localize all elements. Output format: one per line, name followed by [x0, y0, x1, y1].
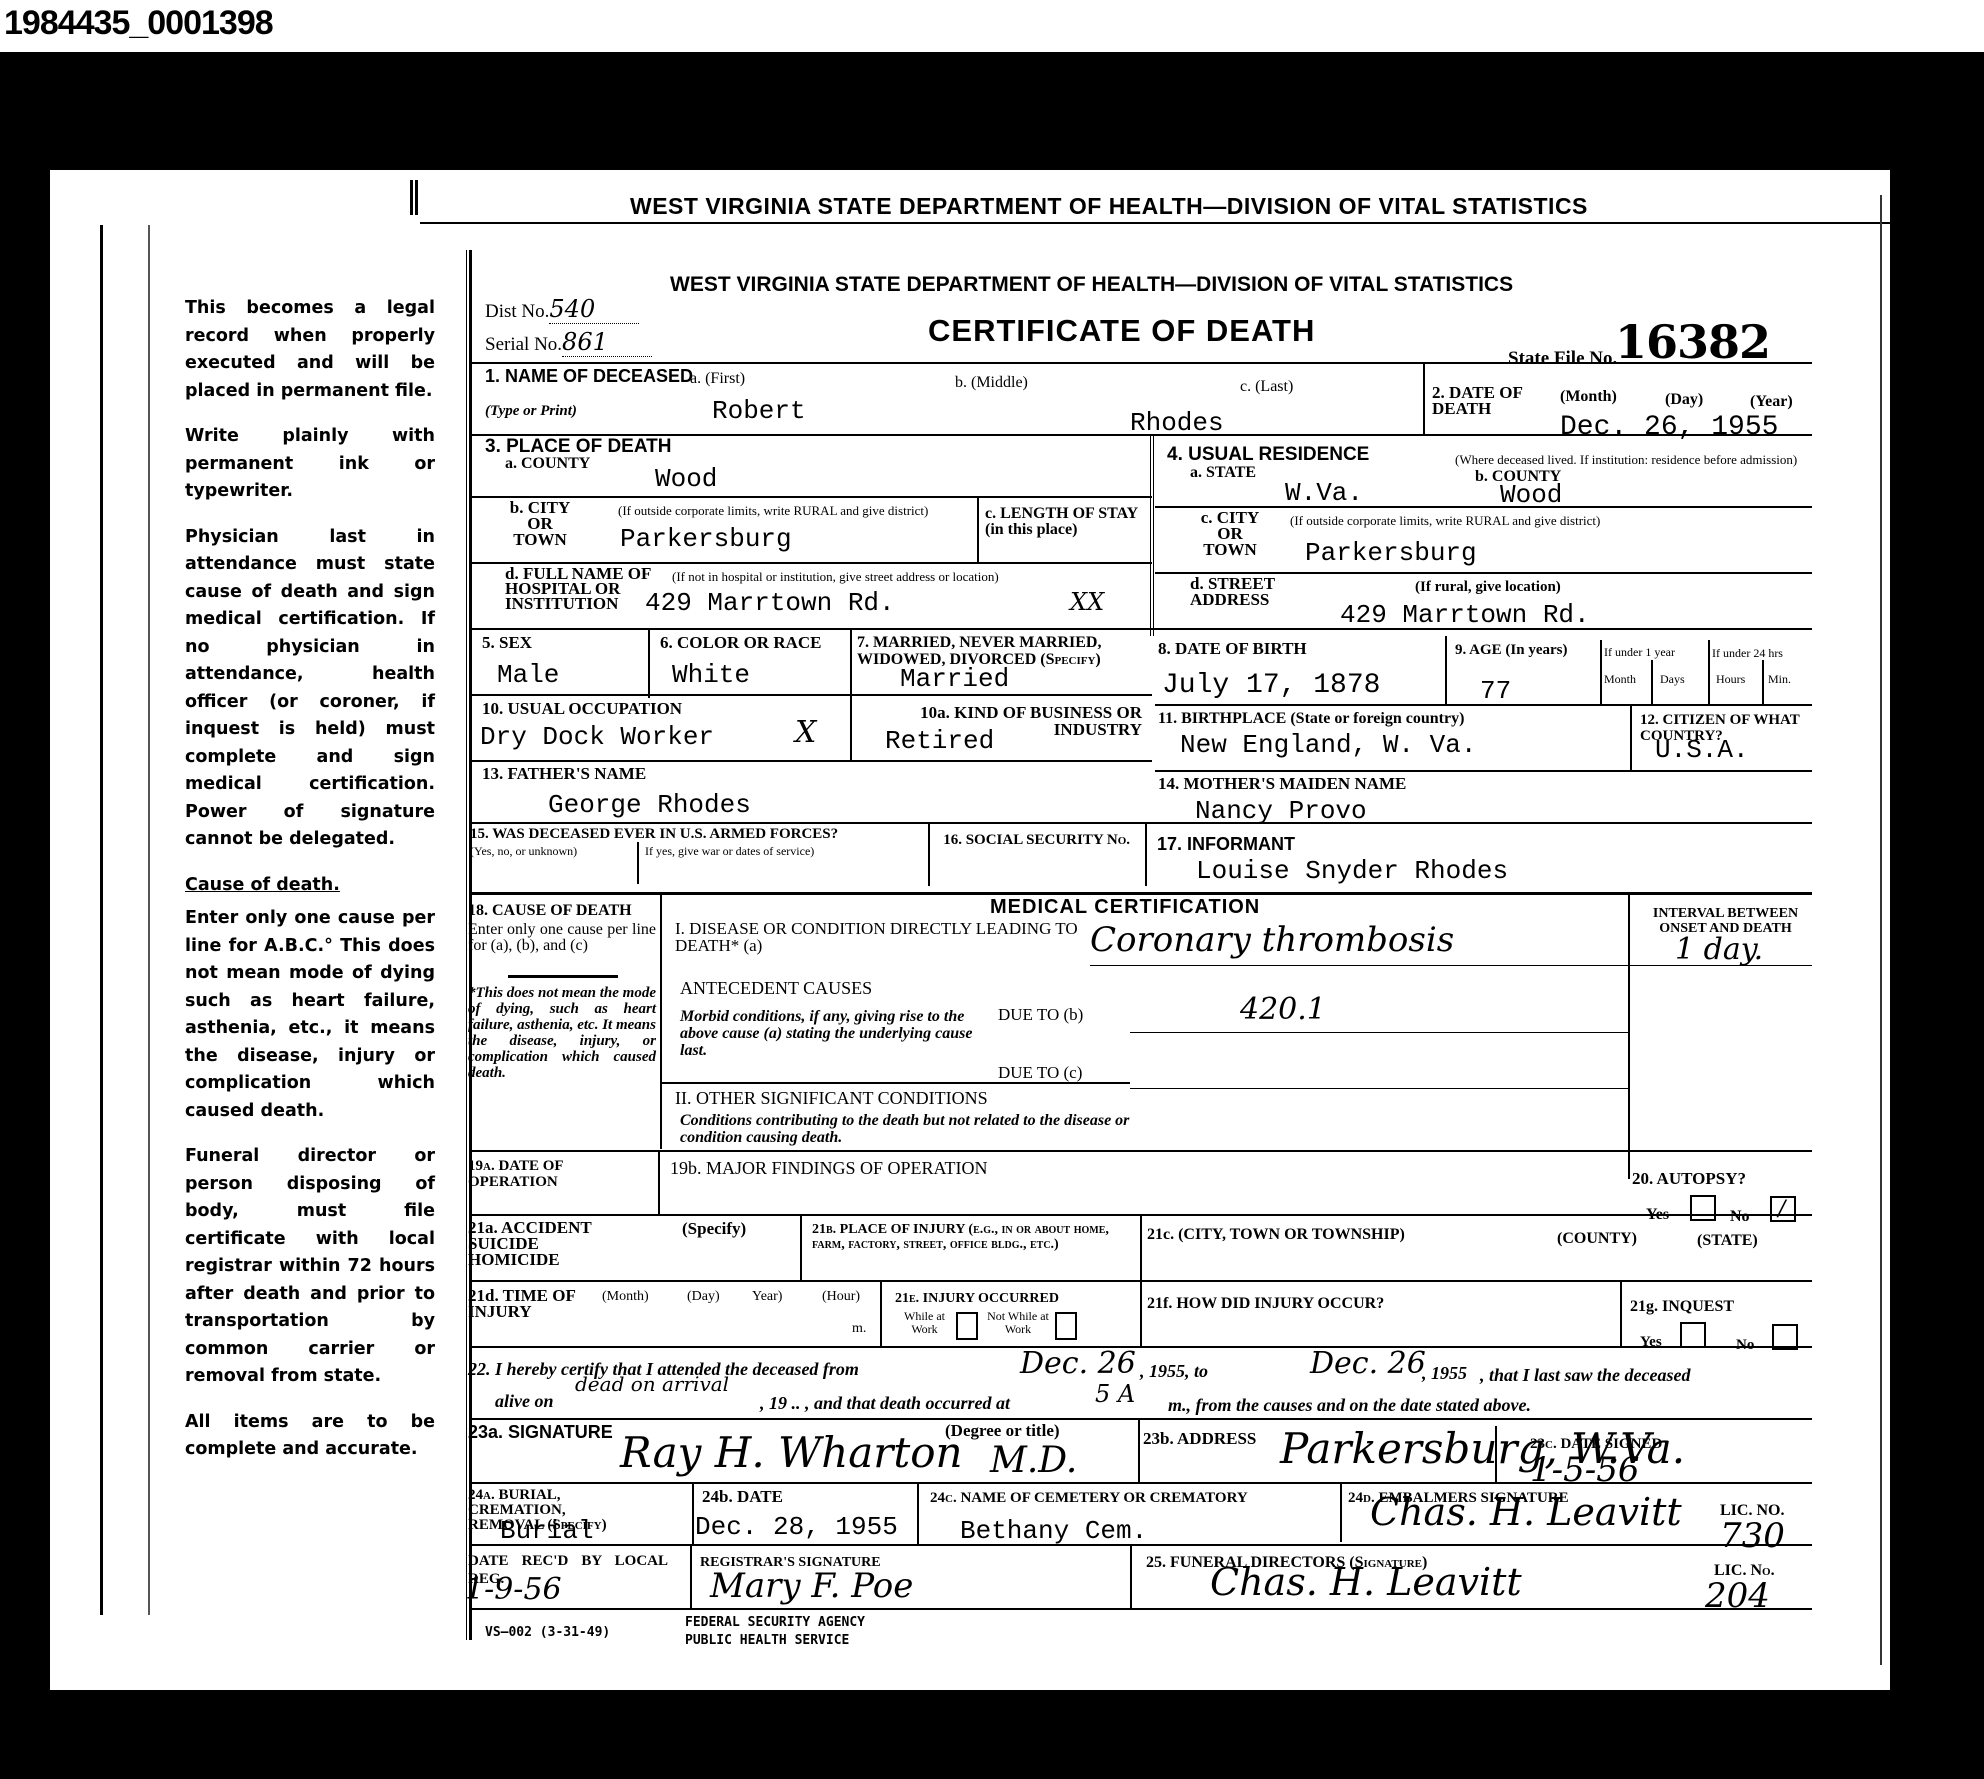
underline	[1090, 965, 1628, 966]
col-divider	[850, 696, 852, 762]
dist-no-field: Dist No.540	[485, 295, 639, 324]
res-city-value[interactable]: Parkersburg	[1305, 538, 1477, 568]
back-sheet-title: WEST VIRGINIA STATE DEPARTMENT OF HEALTH…	[630, 193, 1588, 220]
binding-mark	[410, 180, 418, 215]
certify-text-5: m., from the causes and on the date stat…	[1168, 1396, 1531, 1414]
occupation-mark: X	[795, 715, 816, 750]
hours-label: Hours	[1716, 672, 1745, 686]
row-divider	[472, 628, 1812, 630]
interval-value[interactable]: 1 day.	[1675, 932, 1763, 967]
burial-date-label: 24b. DATE	[702, 1488, 783, 1505]
cause-b-value[interactable]: 420.1	[1240, 992, 1326, 1027]
certify-text-4: , 19 .. , and that death occurred at	[760, 1394, 1010, 1412]
place-of-death-label: 3. PLACE OF DEATH	[485, 438, 672, 455]
res-state-value[interactable]: W.Va.	[1285, 478, 1363, 508]
instructions-sidebar: This becomes a legal record when properl…	[185, 295, 435, 1482]
col-divider	[658, 1152, 660, 1214]
certify-text-2: , that I last saw the deceased	[1480, 1366, 1691, 1384]
street-label: d. STREET ADDRESS	[1190, 576, 1290, 608]
part2-note: Conditions contributing to the death but…	[680, 1112, 1160, 1146]
cause-instruction: Enter only one cause per line for (a), (…	[468, 922, 656, 954]
length-of-stay-label: c. LENGTH OF STAY (in this place)	[985, 506, 1145, 538]
col-divider	[637, 842, 639, 884]
col-divider	[1340, 1484, 1342, 1542]
public-health-service: PUBLIC HEALTH SERVICE	[685, 1633, 849, 1648]
name-sublabel: (Type or Print)	[485, 402, 577, 420]
street-note: (If rural, give location)	[1415, 580, 1561, 594]
armed-forces-sub-a: (Yes, no, or unknown)	[470, 844, 577, 858]
under-24-hrs-label: If under 24 hrs	[1712, 646, 1822, 660]
res-city-label: c. CITY OR TOWN	[1195, 510, 1265, 558]
row-divider	[472, 1544, 1812, 1546]
due-to-c-label: DUE TO (c)	[998, 1064, 1082, 1081]
while-at-work-label: While at Work	[892, 1310, 957, 1336]
year-label: (Year)	[1750, 395, 1793, 409]
cemetery-value[interactable]: Bethany Cem.	[960, 1516, 1147, 1546]
instruction-write: Write plainly with permanent ink or type…	[185, 423, 435, 506]
instruction-cause: Enter only one cause per line for A.B.C.…	[185, 905, 435, 1125]
res-street-value[interactable]: 429 Marrtown Rd.	[1340, 600, 1590, 630]
usual-residence-label: 4. USUAL RESIDENCE	[1167, 446, 1369, 463]
paper-edge	[100, 225, 103, 1615]
under-1-year-label: If under 1 year	[1604, 646, 1714, 659]
col-divider	[977, 498, 979, 562]
alive-on-value[interactable]: dead on arrival	[575, 1372, 729, 1396]
injury-occurred-label: 21e. INJURY OCCURRED	[895, 1290, 1059, 1307]
divider	[420, 222, 1890, 224]
row-divider	[472, 1482, 1812, 1484]
embalmer-lic-value[interactable]: 730	[1720, 1516, 1785, 1556]
row-divider	[1155, 770, 1812, 772]
death-city-value[interactable]: Parkersburg	[620, 524, 792, 554]
col-divider	[1495, 1426, 1497, 1482]
row-divider	[472, 496, 1152, 498]
paper-edge	[1880, 195, 1882, 1665]
res-city-note: (If outside corporate limits, write RURA…	[1290, 514, 1600, 528]
col-divider	[1423, 364, 1425, 436]
usual-residence-note: (Where deceased lived. If institution: r…	[1455, 453, 1815, 467]
attended-from-year: , 1955, to	[1140, 1362, 1208, 1380]
part1-label: I. DISEASE OR CONDITION DIRECTLY LEADING…	[675, 920, 1115, 954]
mother-label: 14. MOTHER'S MAIDEN NAME	[1158, 775, 1406, 792]
col-divider	[880, 1282, 882, 1346]
form-number: VS—002 (3-31-49)	[485, 1625, 610, 1640]
instruction-physician: Physician last in attendance must state …	[185, 524, 435, 854]
row-divider	[472, 1214, 1812, 1216]
month-label: (Month)	[1560, 390, 1617, 404]
attended-to-year: , 1955	[1422, 1364, 1467, 1382]
col-divider	[690, 1546, 692, 1608]
age-value[interactable]: 77	[1480, 676, 1511, 706]
middle-name-label: b. (Middle)	[955, 376, 1028, 390]
col-divider	[800, 1216, 802, 1280]
not-while-at-work-label: Not While at Work	[983, 1310, 1053, 1336]
injury-year-label: Year)	[752, 1290, 782, 1304]
day-label: (Day)	[1665, 393, 1703, 407]
degree-value[interactable]: M.D.	[990, 1440, 1077, 1481]
sex-label: 5. SEX	[482, 634, 532, 651]
death-county-value[interactable]: Wood	[655, 464, 717, 494]
how-injury-label: 21f. HOW DID INJURY OCCUR?	[1147, 1295, 1384, 1312]
autopsy-label: 20. AUTOPSY?	[1632, 1170, 1746, 1187]
last-name-label: c. (Last)	[1240, 380, 1293, 394]
underline	[1130, 1032, 1628, 1033]
min-label: Min.	[1768, 672, 1791, 686]
injury-m-label: m.	[852, 1322, 866, 1336]
certificate-title: CERTIFICATE OF DEATH	[928, 313, 1315, 349]
certify-text-3: alive on	[495, 1392, 554, 1410]
row-divider	[472, 434, 1812, 436]
row-divider	[660, 1082, 1130, 1084]
federal-agency: FEDERAL SECURITY AGENCY	[685, 1615, 865, 1630]
col-divider	[1145, 824, 1147, 886]
due-to-b-label: DUE TO (b)	[998, 1006, 1083, 1023]
header-strip: 1984435_0001398	[0, 0, 1984, 52]
row-divider	[472, 760, 1152, 762]
instruction-funeral: Funeral director or person disposing of …	[185, 1143, 435, 1391]
hospital-mark: XX	[1070, 588, 1104, 616]
informant-label: 17. INFORMANT	[1157, 836, 1295, 853]
row-divider	[472, 1418, 1812, 1420]
operation-findings-label: 19b. MAJOR FINDINGS OF OPERATION	[670, 1160, 988, 1177]
medical-cert-title: MEDICAL CERTIFICATION	[990, 896, 1260, 919]
dist-no-label: Dist No.	[485, 301, 549, 322]
funeral-director-signature[interactable]: Chas. H. Leavitt	[1210, 1560, 1522, 1604]
time-of-injury-label: 21d. TIME OF INJURY	[468, 1288, 578, 1320]
col-divider	[1630, 706, 1632, 770]
race-label: 6. COLOR OR RACE	[660, 634, 822, 651]
col-divider	[1762, 660, 1764, 706]
accident-specify: (Specify)	[682, 1220, 746, 1237]
father-label: 13. FATHER'S NAME	[482, 765, 646, 782]
res-state-label: a. STATE	[1190, 464, 1256, 481]
underline	[1130, 1088, 1628, 1089]
business-value[interactable]: Retired	[885, 726, 994, 756]
city-label: b. CITY OR TOWN	[505, 500, 575, 548]
date-of-death-value[interactable]: Dec. 26, 1955	[1560, 412, 1778, 443]
attended-to-date[interactable]: Dec. 26	[1310, 1346, 1426, 1381]
embalmer-signature[interactable]: Chas. H. Leavitt	[1370, 1490, 1682, 1534]
underline	[1628, 965, 1812, 966]
hospital-note: (If not in hospital or institution, give…	[672, 570, 1142, 584]
row-divider	[472, 1608, 1812, 1610]
injury-county-label: (COUNTY)	[1557, 1230, 1637, 1247]
row-divider	[472, 1280, 1812, 1282]
row-divider	[472, 1346, 1812, 1348]
months-label: Month	[1604, 672, 1636, 686]
state-file-number: 16382	[1615, 315, 1770, 369]
informant-value[interactable]: Louise Snyder Rhodes	[1196, 856, 1508, 886]
inquest-no-label: No	[1736, 1338, 1754, 1352]
birthplace-label: 11. BIRTHPLACE (State or foreign country…	[1158, 710, 1464, 727]
document-id: 1984435_0001398	[4, 4, 273, 43]
row-divider	[472, 694, 1152, 696]
col-divider	[850, 630, 852, 698]
dob-value[interactable]: July 17, 1878	[1162, 670, 1380, 701]
first-name-value[interactable]: Robert	[712, 396, 806, 426]
occupation-value[interactable]: Dry Dock Worker	[480, 722, 714, 752]
antecedent-note: Morbid conditions, if any, giving rise t…	[680, 1008, 990, 1059]
col-divider	[1651, 660, 1653, 706]
date-received-value[interactable]: 1-9-56	[465, 1572, 562, 1607]
address-label: 23b. ADDRESS	[1143, 1430, 1256, 1447]
registrar-signature[interactable]: Mary F. Poe	[710, 1566, 913, 1606]
instruction-complete: All items are to be complete and accurat…	[185, 1409, 435, 1464]
death-time-value[interactable]: 5 A	[1095, 1380, 1135, 1408]
marital-label: 7. MARRIED, NEVER MARRIED, WIDOWED, DIVO…	[857, 634, 1142, 668]
col-divider	[917, 1484, 919, 1544]
date-signed-value[interactable]: 1-5-56	[1530, 1450, 1640, 1490]
burial-date-value[interactable]: Dec. 28, 1955	[695, 1512, 898, 1542]
injury-state-label: (STATE)	[1697, 1232, 1758, 1249]
father-value[interactable]: George Rhodes	[548, 790, 751, 820]
birthplace-value[interactable]: New England, W. Va.	[1180, 730, 1476, 760]
col-divider	[1628, 894, 1630, 1179]
date-of-death-label: 2. DATE OF DEATH	[1432, 385, 1532, 417]
row-divider	[472, 1150, 1812, 1152]
dist-no-value[interactable]: 540	[549, 295, 639, 324]
row-divider	[1155, 704, 1812, 706]
injury-day-label: (Day)	[687, 1290, 720, 1304]
hospital-value[interactable]: 429 Marrtown Rd.	[645, 588, 895, 618]
col-divider	[660, 894, 662, 1149]
operation-date-label: 19a. DATE OF OPERATION	[468, 1158, 648, 1190]
col-divider	[928, 824, 930, 886]
row-divider	[472, 822, 1812, 824]
accident-label: 21a. ACCIDENT SUICIDE HOMICIDE	[468, 1220, 608, 1268]
col-divider	[1600, 640, 1602, 706]
place-of-injury-label: 21b. PLACE OF INJURY (e.g., in or about …	[812, 1222, 1142, 1252]
col-divider	[1620, 1282, 1622, 1346]
cause-footnote: *This does not mean the mode of dying, s…	[468, 985, 656, 1081]
degree-label: (Degree or title)	[945, 1424, 1060, 1438]
autopsy-yes-checkbox[interactable]	[1690, 1195, 1716, 1221]
col-divider	[1140, 1216, 1142, 1280]
disposition-value[interactable]: Burial	[500, 1516, 594, 1546]
agency-title: WEST VIRGINIA STATE DEPARTMENT OF HEALTH…	[670, 273, 1513, 297]
sex-value[interactable]: Male	[497, 660, 559, 690]
while-at-work-checkbox[interactable]	[956, 1312, 978, 1340]
attended-from-date[interactable]: Dec. 26	[1020, 1346, 1136, 1381]
col-divider	[1445, 636, 1447, 706]
row-divider	[472, 362, 1812, 364]
county-label: a. COUNTY	[505, 455, 590, 472]
divider	[508, 975, 618, 978]
serial-no-field: Serial No.861	[485, 328, 652, 357]
citizen-value[interactable]: U.S.A.	[1655, 735, 1749, 765]
serial-no-value[interactable]: 861	[562, 328, 652, 357]
signature-label: 23a. SIGNATURE	[468, 1424, 613, 1441]
autopsy-no-label: No	[1730, 1210, 1750, 1224]
days-label: Days	[1660, 672, 1685, 686]
col-divider	[1138, 1420, 1140, 1482]
injury-hour-label: (Hour)	[822, 1290, 860, 1304]
col-divider	[1708, 640, 1710, 706]
occupation-label: 10. USUAL OCCUPATION	[482, 700, 682, 717]
part2-label: II. OTHER SIGNIFICANT CONDITIONS	[675, 1090, 988, 1107]
serial-no-label: Serial No.	[485, 334, 562, 355]
physician-signature[interactable]: Ray H. Wharton	[620, 1428, 963, 1477]
injury-month-label: (Month)	[602, 1290, 649, 1304]
instruction-cause-title: Cause of death.	[185, 872, 435, 900]
instruction-legal: This becomes a legal record when properl…	[185, 295, 435, 405]
not-while-at-work-checkbox[interactable]	[1055, 1312, 1077, 1340]
cause-a-value[interactable]: Coronary thrombosis	[1090, 920, 1454, 960]
age-label: 9. AGE (In years)	[1455, 642, 1568, 659]
col-divider	[1140, 1282, 1142, 1346]
funeral-lic-value[interactable]: 204	[1705, 1576, 1770, 1616]
cemetery-label: 24c. NAME OF CEMETERY OR CREMATORY	[930, 1490, 1248, 1507]
injury-city-label: 21c. (CITY, TOWN OR TOWNSHIP)	[1147, 1226, 1405, 1243]
state-file-label: State File No.	[1508, 348, 1617, 370]
city-note: (If outside corporate limits, write RURA…	[618, 504, 958, 518]
col-divider	[1130, 1546, 1132, 1608]
marital-value[interactable]: Married	[900, 664, 1009, 694]
armed-forces-label: 15. WAS DECEASED EVER IN U.S. ARMED FORC…	[470, 826, 838, 843]
col-divider	[648, 630, 650, 698]
inquest-yes-checkbox[interactable]	[1680, 1322, 1706, 1348]
inquest-label: 21g. INQUEST	[1630, 1298, 1734, 1315]
autopsy-no-checkbox[interactable]	[1770, 1196, 1796, 1222]
dob-label: 8. DATE OF BIRTH	[1158, 640, 1307, 657]
col-divider	[692, 1484, 694, 1544]
race-value[interactable]: White	[672, 660, 750, 690]
col-divider	[1150, 436, 1156, 636]
ssn-label: 16. SOCIAL SECURITY No.	[935, 832, 1130, 849]
first-name-label: a. (First)	[690, 372, 745, 386]
name-label: 1. NAME OF DECEASED	[485, 368, 693, 384]
row-divider	[472, 892, 1812, 895]
paper-edge	[148, 225, 150, 1615]
antecedent-label: ANTECEDENT CAUSES	[680, 980, 872, 997]
cause-of-death-label: 18. CAUSE OF DEATH	[468, 902, 632, 919]
armed-forces-sub-b: If yes, give war or dates of service)	[645, 844, 814, 858]
